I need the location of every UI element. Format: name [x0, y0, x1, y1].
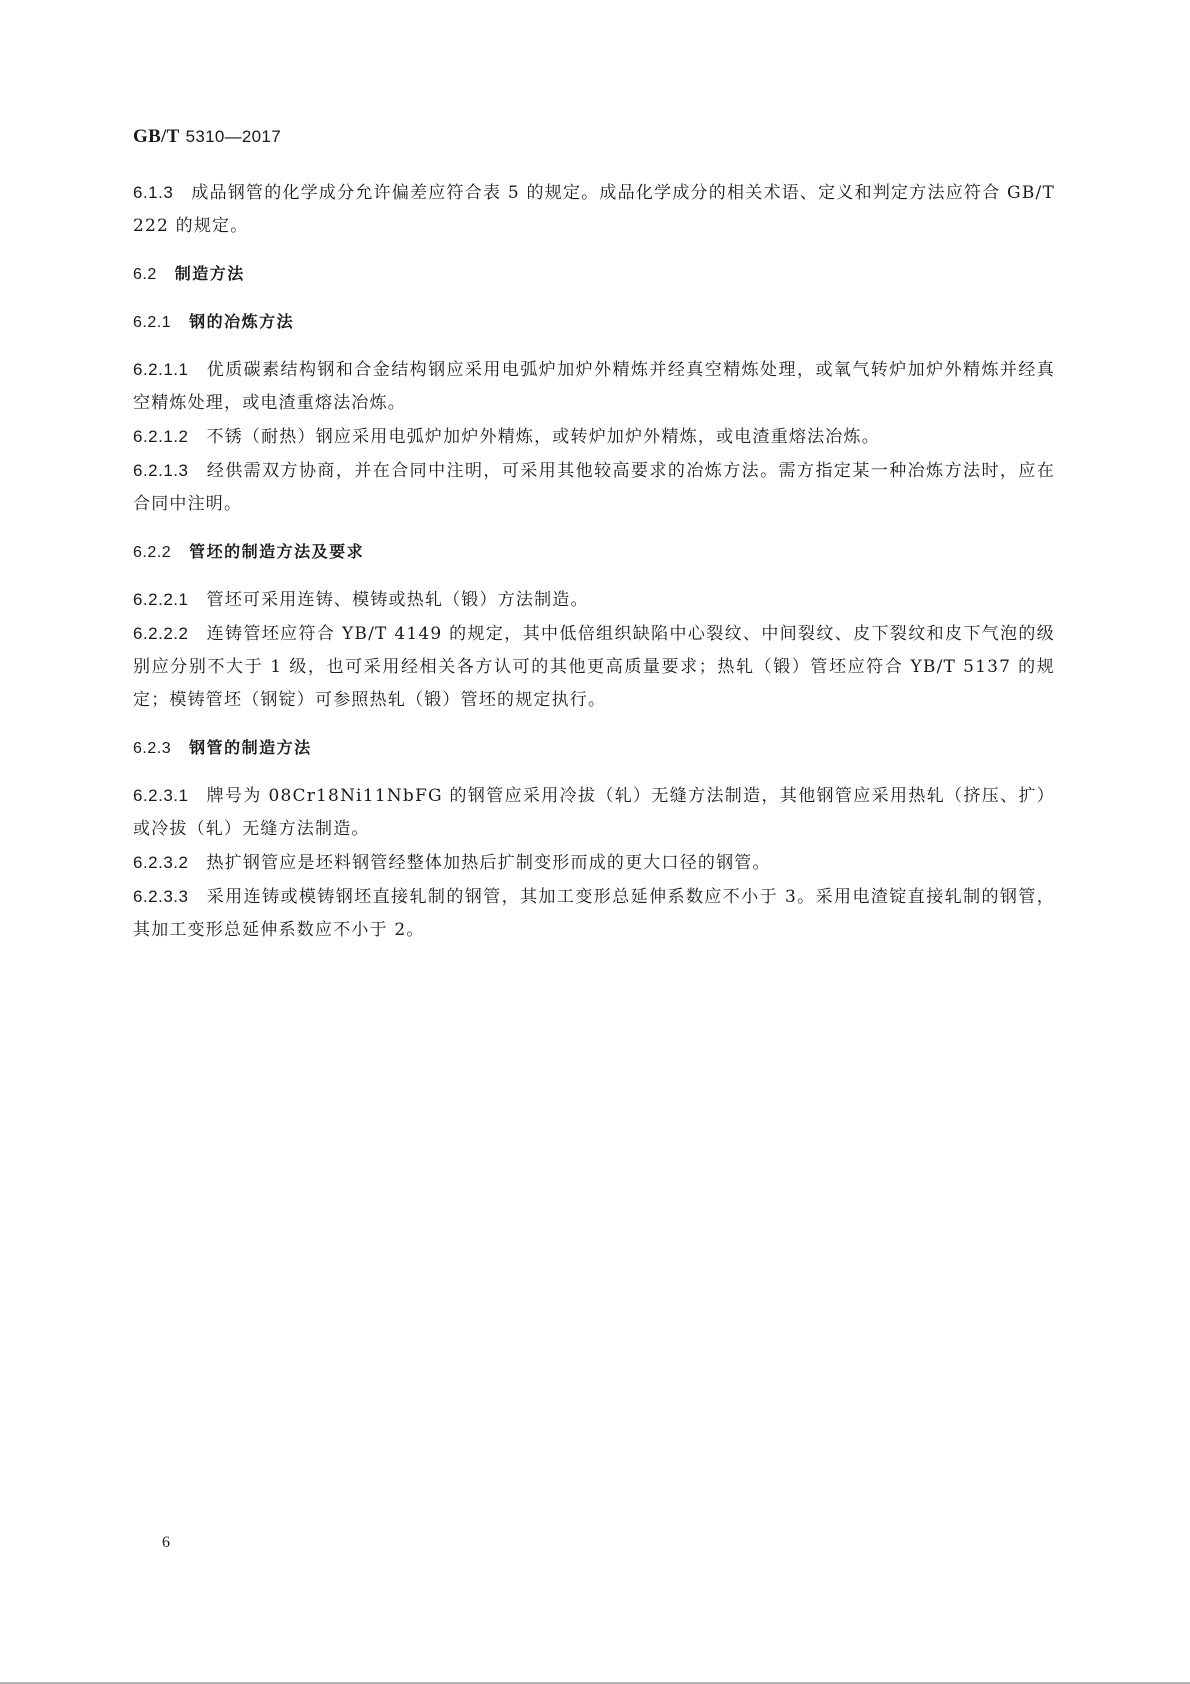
clause-text: 优质碳素结构钢和合金结构钢应采用电弧炉加炉外精炼并经真空精炼处理，或氧气转炉加炉… [133, 360, 1055, 413]
clause-text: 成品钢管的化学成分允许偏差应符合表 5 的规定。成品化学成分的相关术语、定义和判… [133, 183, 1055, 236]
clause-6-1-3: 6.1.3成品钢管的化学成分允许偏差应符合表 5 的规定。成品化学成分的相关术语… [133, 176, 1055, 243]
document-page: GB/T5310—2017 6.1.3成品钢管的化学成分允许偏差应符合表 5 的… [0, 0, 1190, 1682]
clause-number: 6.2.1.1 [133, 360, 189, 379]
clause-text: 采用连铸或模铸钢坯直接轧制的钢管，其加工变形总延伸系数应不小于 3。采用电渣锭直… [133, 887, 1055, 940]
body-content: 6.1.3成品钢管的化学成分允许偏差应符合表 5 的规定。成品化学成分的相关术语… [133, 176, 1055, 947]
clause-number: 6.2.3.1 [133, 786, 189, 805]
clause-text: 不锈（耐热）钢应采用电弧炉加炉外精炼，或转炉加炉外精炼，或电渣重熔法冶炼。 [207, 427, 880, 447]
clause-6-2-2-1: 6.2.2.1管坯可采用连铸、模铸或热轧（锻）方法制造。 [133, 583, 1055, 617]
clause-text: 管坯可采用连铸、模铸或热轧（锻）方法制造。 [207, 590, 589, 610]
standard-number: 5310—2017 [186, 127, 281, 146]
running-header: GB/T5310—2017 [133, 126, 281, 148]
clause-number: 6.2.3.2 [133, 853, 189, 872]
clause-number: 6.2.1.3 [133, 461, 189, 480]
clause-6-2-1-2: 6.2.1.2不锈（耐热）钢应采用电弧炉加炉外精炼，或转炉加炉外精炼，或电渣重熔… [133, 420, 1055, 454]
clause-number: 6.2.1.2 [133, 427, 189, 446]
clause-text: 热扩钢管应是坯料钢管经整体加热后扩制变形而成的更大口径的钢管。 [207, 853, 771, 873]
section-heading-6-2: 6.2制造方法 [133, 257, 1055, 291]
page-number: 6 [162, 1534, 170, 1552]
heading-number: 6.2.3 [133, 740, 171, 757]
clause-6-2-1-3: 6.2.1.3经供需双方协商，并在合同中注明，可采用其他较高要求的冶炼方法。需方… [133, 454, 1055, 521]
heading-number: 6.2.2 [133, 544, 171, 561]
clause-6-2-2-2: 6.2.2.2连铸管坯应符合 YB/T 4149 的规定，其中低倍组织缺陷中心裂… [133, 617, 1055, 717]
heading-text: 钢管的制造方法 [189, 738, 312, 757]
clause-text: 牌号为 08Cr18Ni11NbFG 的钢管应采用冷拔（轧）无缝方法制造，其他钢… [133, 786, 1055, 839]
heading-number: 6.2 [133, 266, 157, 283]
clause-6-2-3-2: 6.2.3.2热扩钢管应是坯料钢管经整体加热后扩制变形而成的更大口径的钢管。 [133, 846, 1055, 880]
section-heading-6-2-1: 6.2.1钢的冶炼方法 [133, 305, 1055, 339]
section-heading-6-2-2: 6.2.2管坯的制造方法及要求 [133, 535, 1055, 569]
heading-number: 6.2.1 [133, 314, 171, 331]
clause-text: 经供需双方协商，并在合同中注明，可采用其他较高要求的冶炼方法。需方指定某一种冶炼… [133, 461, 1055, 514]
standard-code: GB/T [133, 126, 180, 147]
clause-text: 连铸管坯应符合 YB/T 4149 的规定，其中低倍组织缺陷中心裂纹、中间裂纹、… [133, 624, 1055, 710]
clause-number: 6.1.3 [133, 183, 173, 202]
heading-text: 制造方法 [175, 264, 245, 283]
section-heading-6-2-3: 6.2.3钢管的制造方法 [133, 731, 1055, 765]
clause-6-2-3-1: 6.2.3.1牌号为 08Cr18Ni11NbFG 的钢管应采用冷拔（轧）无缝方… [133, 779, 1055, 846]
clause-6-2-3-3: 6.2.3.3采用连铸或模铸钢坯直接轧制的钢管，其加工变形总延伸系数应不小于 3… [133, 880, 1055, 947]
clause-number: 6.2.2.2 [133, 624, 189, 643]
clause-6-2-1-1: 6.2.1.1优质碳素结构钢和合金结构钢应采用电弧炉加炉外精炼并经真空精炼处理，… [133, 353, 1055, 420]
clause-number: 6.2.3.3 [133, 887, 189, 906]
heading-text: 管坯的制造方法及要求 [189, 542, 364, 561]
heading-text: 钢的冶炼方法 [189, 312, 294, 331]
clause-number: 6.2.2.1 [133, 590, 189, 609]
